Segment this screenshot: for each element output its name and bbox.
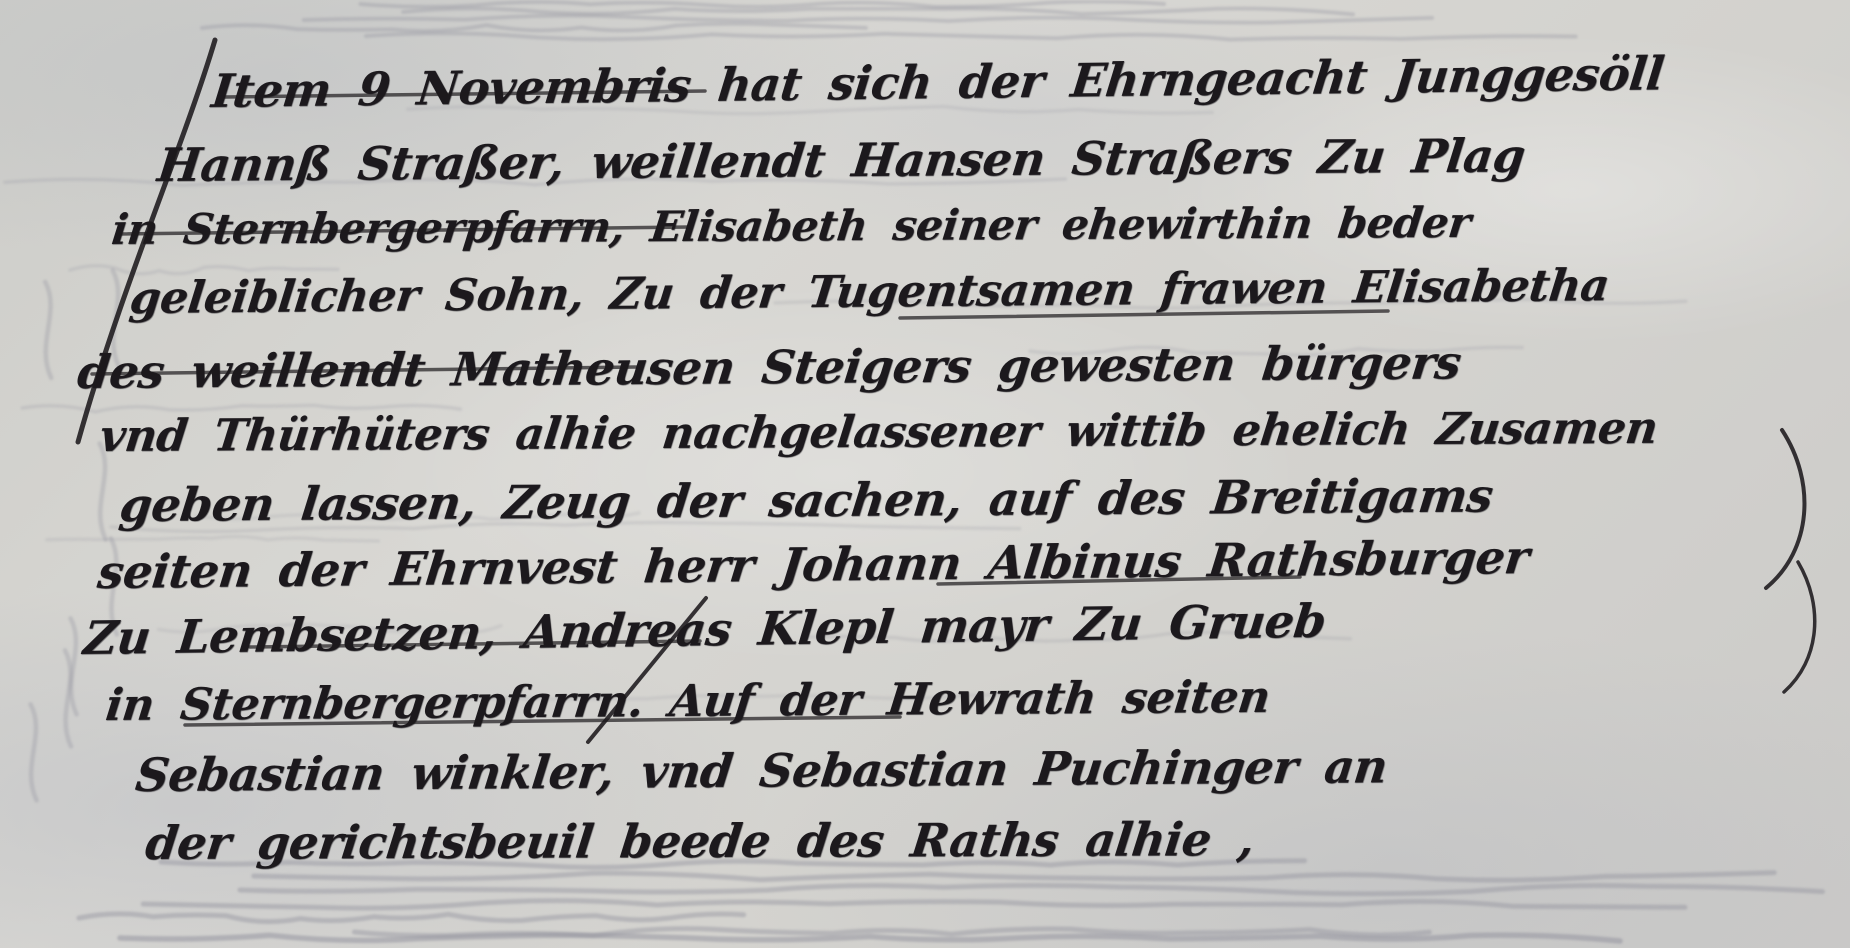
manuscript-line: geben lassen, Zeug der sachen, auf des B… — [117, 470, 1495, 530]
manuscript-line: in Sternbergerpfarrn. Auf der Hewrath se… — [103, 674, 1272, 731]
manuscript-line: Hannß Straßer, weillendt Hansen Straßers… — [155, 130, 1527, 190]
manuscript-line: Item 9 Novembris hat sich der Ehrngeacht… — [209, 48, 1666, 116]
text-layer: Item 9 Novembris hat sich der Ehrngeacht… — [0, 0, 1850, 948]
manuscript-line: der gerichtsbeuil beede des Raths alhie … — [143, 814, 1257, 868]
manuscript-line: Sebastian winkler, vnd Sebastian Puching… — [133, 741, 1390, 800]
manuscript-line: in Sternbergerpfarrn, Elisabeth seiner e… — [109, 200, 1472, 253]
manuscript-page: Item 9 Novembris hat sich der Ehrngeacht… — [0, 0, 1850, 948]
manuscript-line: Zu Lembsetzen, Andreas Klepl mayr Zu Gru… — [81, 596, 1328, 664]
manuscript-line: vnd Thürhüters alhie nachgelassener witt… — [97, 405, 1660, 462]
manuscript-line: des weillendt Matheusen Steigers geweste… — [75, 337, 1463, 397]
manuscript-line: geleiblicher Sohn, Zu der Tugentsamen fr… — [127, 262, 1611, 323]
manuscript-line: seiten der Ehrnvest herr Johann Albinus … — [95, 532, 1531, 598]
